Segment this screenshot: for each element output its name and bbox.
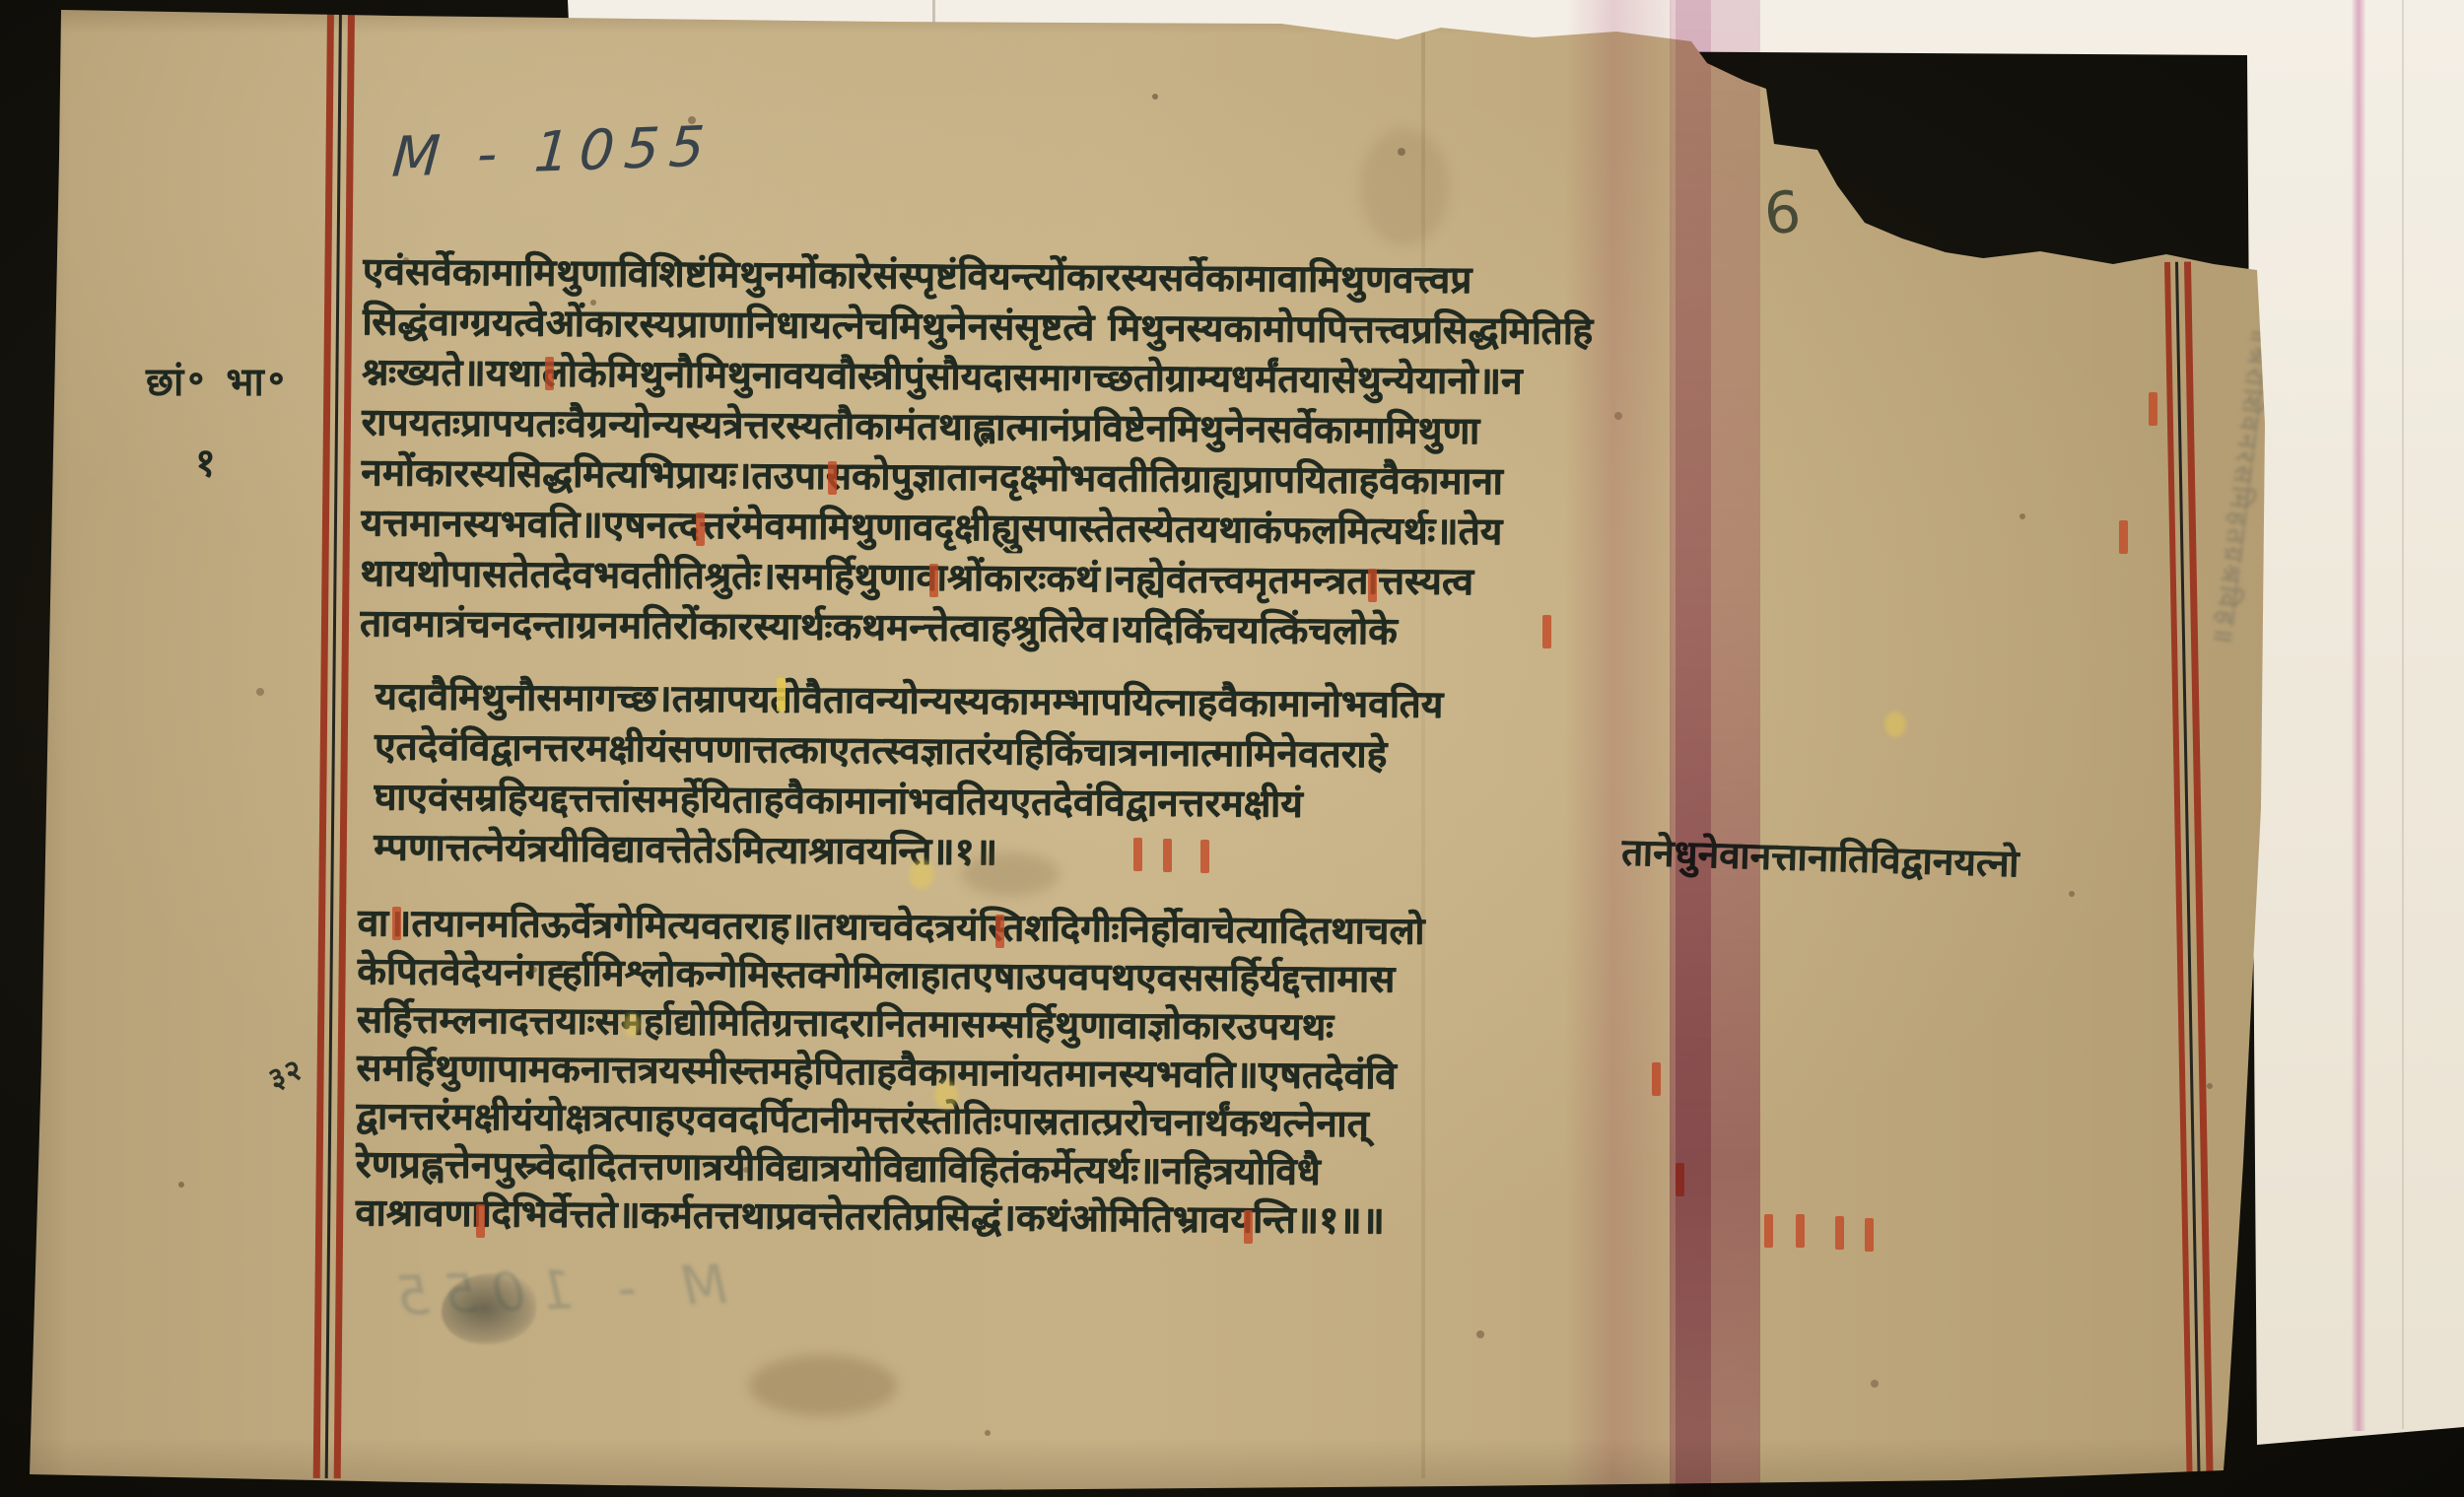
red-accent-mark bbox=[1652, 1062, 1661, 1096]
paragraph-1: एवंसर्वेकामामिथुणाविशिष्टंमिथुनमोंकारेसं… bbox=[360, 246, 2188, 663]
red-accent-mark bbox=[2149, 392, 2157, 426]
water-stain bbox=[749, 1355, 897, 1416]
verso-bleedthrough-number: M - 1055 bbox=[381, 1254, 728, 1327]
red-accent-mark bbox=[929, 564, 938, 597]
red-accent-mark bbox=[545, 357, 554, 390]
paper-speckles bbox=[0, 0, 4, 4]
ink-blot bbox=[442, 1273, 536, 1344]
red-accent-mark bbox=[696, 512, 705, 546]
accession-number: M - 1055 bbox=[390, 114, 717, 190]
left-margin-part-number: १ bbox=[195, 434, 216, 488]
left-margin-title-abbreviation: छां॰ भा॰ bbox=[146, 353, 289, 407]
red-accent-mark bbox=[1835, 1216, 1844, 1250]
photo-background: M - 1055 6 छां॰ भा॰ १ ३२ १ M - 1055 ॥श्र… bbox=[0, 0, 2464, 1497]
yellow-daub bbox=[934, 1080, 958, 1110]
red-accent-mark bbox=[1865, 1218, 1874, 1252]
yellow-accent-mark bbox=[777, 678, 786, 712]
red-accent-mark bbox=[1244, 1210, 1253, 1244]
red-accent-mark bbox=[1368, 569, 1377, 602]
red-accent-mark bbox=[1133, 838, 1142, 871]
yellow-daub bbox=[909, 859, 934, 889]
red-accent-mark bbox=[392, 907, 401, 940]
red-accent-mark bbox=[1764, 1214, 1773, 1248]
yellow-daub bbox=[1884, 712, 1906, 737]
water-stain bbox=[961, 852, 1060, 896]
red-accent-mark bbox=[1542, 615, 1551, 648]
red-accent-mark bbox=[1200, 840, 1209, 873]
page-number-pencil: 6 bbox=[1761, 178, 1804, 248]
red-accent-mark bbox=[995, 915, 1004, 948]
left-ruling-border bbox=[313, 8, 357, 1478]
text-block: एवंसर्वेकामामिथुणाविशिष्टंमिथुनमोंकारेसं… bbox=[355, 246, 2188, 1252]
left-margin-correction: ३२ bbox=[261, 1048, 309, 1099]
red-accent-mark bbox=[2119, 520, 2128, 554]
manuscript-leaf: M - 1055 6 छां॰ भा॰ १ ३२ १ M - 1055 ॥श्र… bbox=[0, 0, 2464, 1497]
backing-crease-right bbox=[2402, 0, 2404, 1429]
vertical-crease bbox=[1421, 30, 1425, 1478]
red-accent-mark bbox=[1676, 1163, 1684, 1196]
red-accent-mark bbox=[1163, 839, 1172, 872]
pink-stain-line-right bbox=[2352, 0, 2365, 1431]
water-stain bbox=[1360, 128, 1449, 246]
red-accent-mark bbox=[1796, 1214, 1805, 1248]
red-accent-mark bbox=[476, 1204, 485, 1238]
red-accent-mark bbox=[828, 461, 837, 495]
yellow-daub bbox=[623, 1013, 641, 1037]
paragraph-3: वा॥तयानमतिऊर्वेत्रगेमित्यवतराह॥तथाचवेदत्… bbox=[355, 899, 2183, 1252]
